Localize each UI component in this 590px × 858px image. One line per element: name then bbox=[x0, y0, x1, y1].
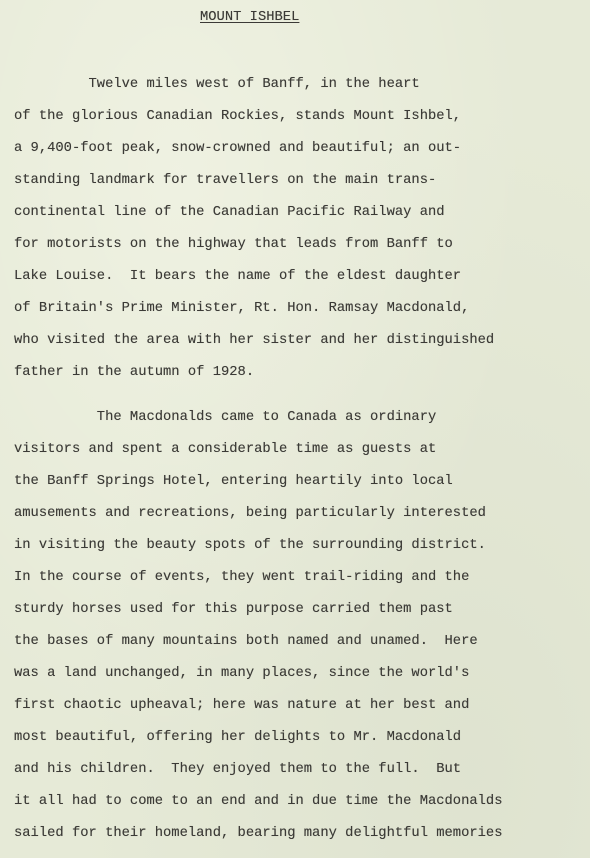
text-line: The Macdonalds came to Canada as ordinar… bbox=[14, 410, 436, 426]
text-line: was a land unchanged, in many places, si… bbox=[14, 666, 469, 682]
text-line: first chaotic upheaval; here was nature … bbox=[14, 698, 469, 714]
text-line: of Britain's Prime Minister, Rt. Hon. Ra… bbox=[14, 301, 469, 317]
text-line: sturdy horses used for this purpose carr… bbox=[14, 602, 453, 618]
text-line: and his children. They enjoyed them to t… bbox=[14, 762, 461, 778]
text-line: In the course of events, they went trail… bbox=[14, 570, 469, 586]
typewritten-page: MOUNT ISHBEL Twelve miles west of Banff,… bbox=[0, 0, 590, 858]
text-line: amusements and recreations, being partic… bbox=[14, 506, 486, 522]
text-line: a 9,400-foot peak, snow-crowned and beau… bbox=[14, 141, 461, 157]
text-line: Twelve miles west of Banff, in the heart bbox=[14, 77, 420, 93]
text-line: father in the autumn of 1928. bbox=[14, 365, 254, 381]
text-line: Lake Louise. It bears the name of the el… bbox=[14, 269, 461, 285]
text-line: of the glorious Canadian Rockies, stands… bbox=[14, 109, 461, 125]
text-line: continental line of the Canadian Pacific… bbox=[14, 205, 445, 221]
text-line: in visiting the beauty spots of the surr… bbox=[14, 538, 486, 554]
text-line: the Banff Springs Hotel, entering hearti… bbox=[14, 474, 453, 490]
text-line: visitors and spent a considerable time a… bbox=[14, 442, 436, 458]
text-line: it all had to come to an end and in due … bbox=[14, 794, 503, 810]
text-line: who visited the area with her sister and… bbox=[14, 333, 494, 349]
text-line: for motorists on the highway that leads … bbox=[14, 237, 453, 253]
text-line: the bases of many mountains both named a… bbox=[14, 634, 478, 650]
text-line: most beautiful, offering her delights to… bbox=[14, 730, 461, 746]
text-line: sailed for their homeland, bearing many … bbox=[14, 826, 503, 842]
text-line: standing landmark for travellers on the … bbox=[14, 173, 436, 189]
page-title: MOUNT ISHBEL bbox=[200, 10, 299, 26]
